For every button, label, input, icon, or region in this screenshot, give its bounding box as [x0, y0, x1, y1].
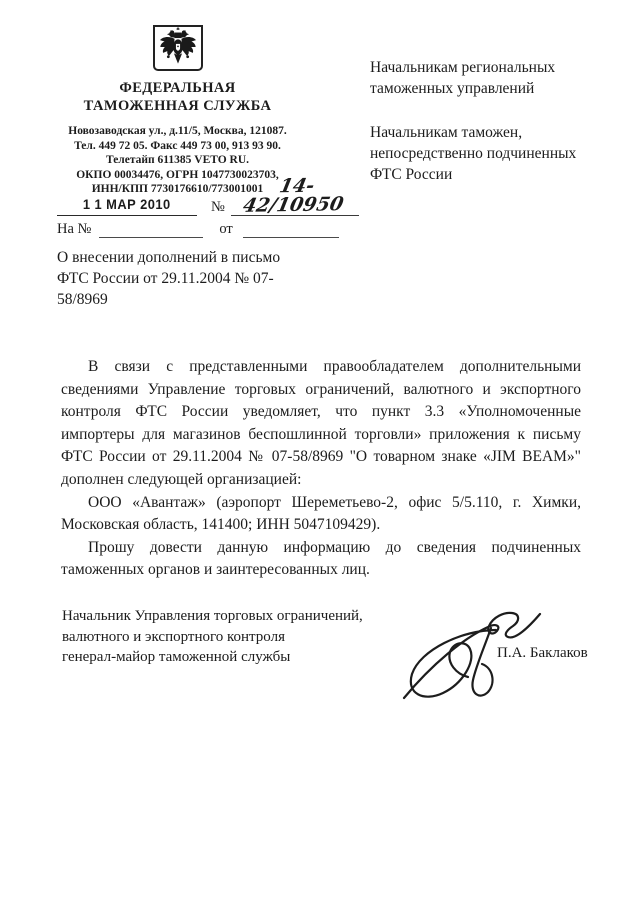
addressee-line: непосредственно подчиненных — [370, 143, 605, 164]
org-name-line2: ТАМОЖЕННАЯ СЛУЖБА — [30, 98, 325, 116]
signer-position-line: генерал-майор таможенной службы — [62, 647, 397, 668]
number-sign-label: № — [211, 199, 225, 216]
body-paragraph: ООО «Авантаж» (аэропорт Шереметьево-2, о… — [61, 492, 581, 537]
double-headed-eagle-icon — [157, 27, 199, 70]
org-name-line1: ФЕДЕРАЛЬНАЯ — [30, 80, 325, 98]
outgoing-ref-line: 1 1 МАР 2010 № 14-42/10950 — [57, 192, 359, 216]
addressee-line: Начальникам таможен, — [370, 122, 605, 143]
subject-line: 58/8969 — [57, 289, 367, 310]
org-address-line: Телетайп 611385 VETO RU. — [30, 153, 325, 168]
date-stamp: 1 1 МАР 2010 — [83, 196, 171, 212]
signer-position: Начальник Управления торговых ограничени… — [62, 606, 397, 668]
scanned-letter-page: ФЕДЕРАЛЬНАЯ ТАМОЖЕННАЯ СЛУЖБА Новозаводс… — [0, 0, 640, 900]
signer-position-line: валютного и экспортного контроля — [62, 627, 397, 648]
org-address-line: Тел. 449 72 05. Факс 449 73 00, 913 93 9… — [30, 139, 325, 154]
incoming-ref-line: На № от — [57, 220, 339, 238]
outgoing-number-field: 14-42/10950 — [231, 176, 359, 216]
body-paragraph: Прошу довести данную информацию до сведе… — [61, 537, 581, 582]
org-name: ФЕДЕРАЛЬНАЯ ТАМОЖЕННАЯ СЛУЖБА — [30, 80, 325, 115]
subject-line: ФТС России от 29.11.2004 № 07- — [57, 268, 367, 289]
letterhead: ФЕДЕРАЛЬНАЯ ТАМОЖЕННАЯ СЛУЖБА Новозаводс… — [30, 25, 325, 197]
addressee-1: Начальникам региональных таможенных упра… — [370, 57, 605, 99]
handwritten-signature-icon — [398, 600, 550, 708]
incoming-ref-label: На № — [57, 221, 91, 238]
incoming-from-label: от — [219, 221, 232, 238]
addressee-line: Начальникам региональных — [370, 57, 605, 78]
subject: О внесении дополнений в письмо ФТС Росси… — [57, 247, 367, 310]
date-stamp-field: 1 1 МАР 2010 — [57, 196, 197, 216]
body-paragraph: В связи с представленными правообладател… — [61, 356, 581, 492]
org-address-line: Новозаводская ул., д.11/5, Москва, 12108… — [30, 124, 325, 139]
outgoing-number-handwritten: 14-42/10950 — [227, 176, 363, 216]
subject-line: О внесении дополнений в письмо — [57, 247, 367, 268]
letter-body: В связи с представленными правообладател… — [61, 356, 581, 582]
addressee-line: ФТС России — [370, 164, 605, 185]
emblem-frame — [153, 25, 203, 71]
incoming-date-blank — [243, 237, 339, 238]
addressee-2: Начальникам таможен, непосредственно под… — [370, 122, 605, 185]
incoming-number-blank — [99, 237, 203, 238]
addressees: Начальникам региональных таможенных упра… — [370, 57, 605, 208]
signer-position-line: Начальник Управления торговых ограничени… — [62, 606, 397, 627]
addressee-line: таможенных управлений — [370, 78, 605, 99]
